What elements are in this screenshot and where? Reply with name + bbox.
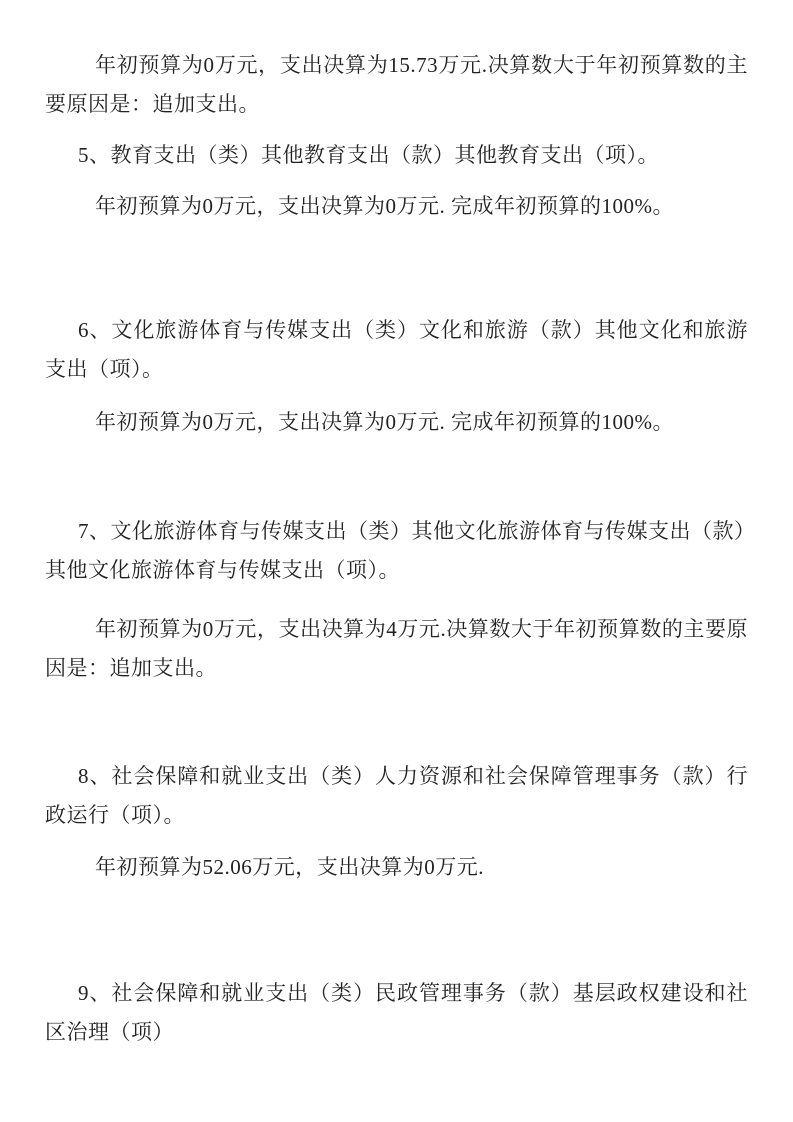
paragraph-item-8-heading: 8、社会保障和就业支出（类）人力资源和社会保障管理事务（款）行 政运行（项）。	[45, 757, 748, 835]
paragraph-item-4-note: 年初预算为0万元，支出决算为15.73万元.决算数大于年初预算数的主 要原因是：…	[45, 46, 748, 124]
doc-line: 政运行（项）。	[45, 796, 748, 835]
doc-line: 其他文化旅游体育与传媒支出（项）。	[45, 551, 748, 590]
paragraph-item-9-heading: 9、社会保障和就业支出（类）民政管理事务（款）基层政权建设和社 区治理（项）	[45, 974, 748, 1052]
doc-line: 支出（项）。	[45, 350, 748, 389]
doc-line: 年初预算为52.06万元，支出决算为0万元.	[45, 848, 748, 887]
doc-line: 年初预算为0万元，支出决算为0万元. 完成年初预算的100%。	[45, 403, 748, 442]
paragraph-item-8-note: 年初预算为52.06万元，支出决算为0万元.	[45, 848, 748, 887]
document-page: 年初预算为0万元，支出决算为15.73万元.决算数大于年初预算数的主 要原因是：…	[0, 0, 793, 1122]
paragraph-item-7-heading: 7、文化旅游体育与传媒支出（类）其他文化旅游体育与传媒支出（款） 其他文化旅游体…	[45, 512, 748, 590]
doc-line: 年初预算为0万元，支出决算为4万元.决算数大于年初预算数的主要原	[45, 610, 748, 649]
paragraph-item-5-note: 年初预算为0万元，支出决算为0万元. 完成年初预算的100%。	[45, 187, 748, 226]
doc-line: 年初预算为0万元，支出决算为0万元. 完成年初预算的100%。	[45, 187, 748, 226]
paragraph-item-5-heading: 5、教育支出（类）其他教育支出（款）其他教育支出（项）。	[45, 136, 748, 175]
doc-line: 要原因是：追加支出。	[45, 85, 748, 124]
doc-line: 区治理（项）	[45, 1013, 748, 1052]
doc-line: 7、文化旅游体育与传媒支出（类）其他文化旅游体育与传媒支出（款）	[45, 512, 748, 551]
paragraph-item-6-note: 年初预算为0万元，支出决算为0万元. 完成年初预算的100%。	[45, 403, 748, 442]
doc-line: 9、社会保障和就业支出（类）民政管理事务（款）基层政权建设和社	[45, 974, 748, 1013]
paragraph-item-7-note: 年初预算为0万元，支出决算为4万元.决算数大于年初预算数的主要原 因是：追加支出…	[45, 610, 748, 688]
doc-line: 8、社会保障和就业支出（类）人力资源和社会保障管理事务（款）行	[45, 757, 748, 796]
doc-line: 6、文化旅游体育与传媒支出（类）文化和旅游（款）其他文化和旅游	[45, 311, 748, 350]
doc-line: 因是：追加支出。	[45, 649, 748, 688]
paragraph-item-6-heading: 6、文化旅游体育与传媒支出（类）文化和旅游（款）其他文化和旅游 支出（项）。	[45, 311, 748, 389]
doc-line: 年初预算为0万元，支出决算为15.73万元.决算数大于年初预算数的主	[45, 46, 748, 85]
doc-line: 5、教育支出（类）其他教育支出（款）其他教育支出（项）。	[45, 136, 748, 175]
